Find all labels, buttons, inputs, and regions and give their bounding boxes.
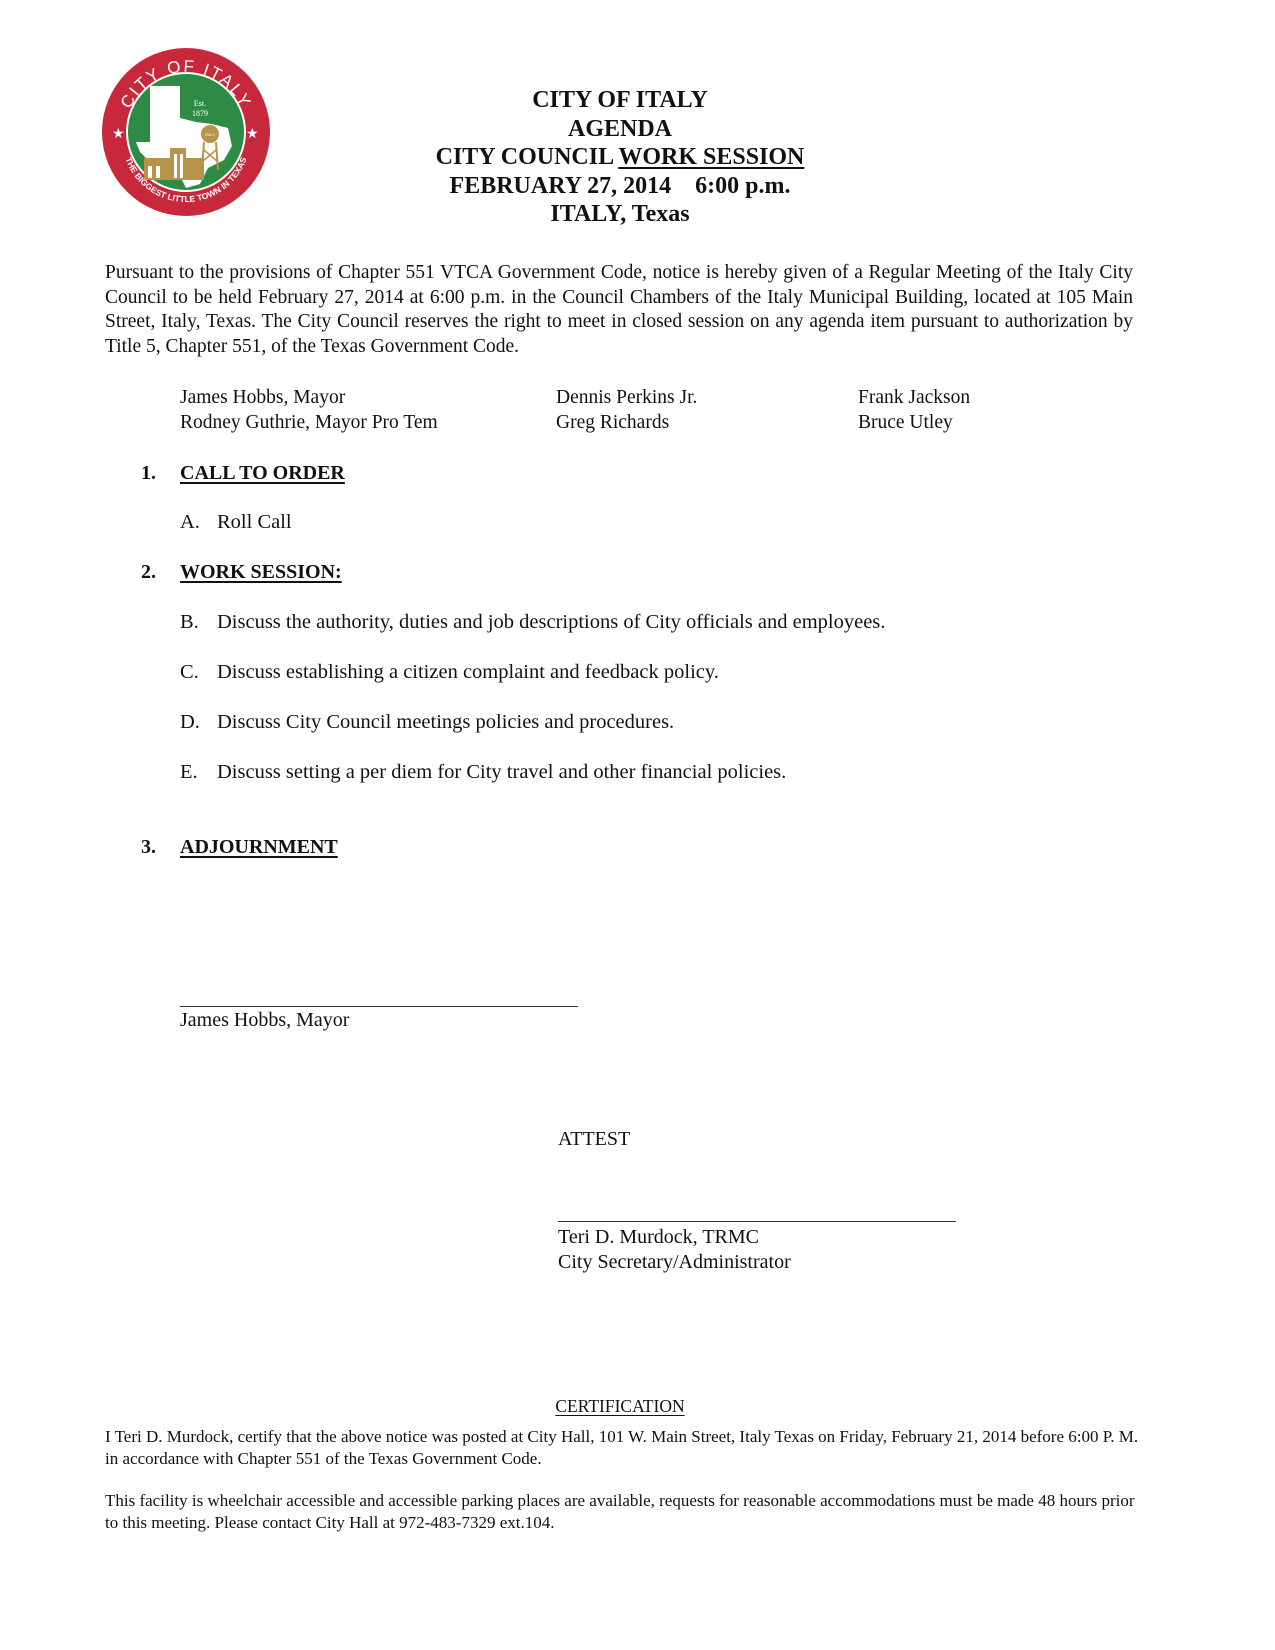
mayor-signature-name: James Hobbs, Mayor (180, 1008, 349, 1033)
council-member: Rodney Guthrie, Mayor Pro Tem (180, 411, 438, 436)
council-column-3: Frank Jackson Bruce Utley (858, 386, 970, 435)
header-location: ITALY, Texas (0, 200, 1240, 229)
council-member: Bruce Utley (858, 411, 970, 436)
secretary-signature-line (558, 1221, 956, 1222)
council-column-1: James Hobbs, Mayor Rodney Guthrie, Mayor… (180, 386, 438, 435)
mayor-signature-line (180, 1006, 578, 1007)
council-member: Dennis Perkins Jr. (556, 386, 697, 411)
council-member: James Hobbs, Mayor (180, 386, 438, 411)
council-column-2: Dennis Perkins Jr. Greg Richards (556, 386, 697, 435)
header-session: CITY COUNCIL WORK SESSION (0, 143, 1240, 172)
council-member: Greg Richards (556, 411, 697, 436)
certification-statement: I Teri D. Murdock, certify that the abov… (105, 1426, 1145, 1470)
accessibility-notice: This facility is wheelchair accessible a… (105, 1490, 1145, 1534)
certification-title: CERTIFICATION (0, 1396, 1240, 1417)
header-date-time: FEBRUARY 27, 2014 6:00 p.m. (0, 172, 1240, 201)
secretary-title: City Secretary/Administrator (558, 1250, 791, 1275)
notice-paragraph: Pursuant to the provisions of Chapter 55… (105, 261, 1133, 359)
header-agenda: AGENDA (0, 115, 1240, 144)
header-work-session: WORK SESSION (618, 144, 804, 170)
secretary-name: Teri D. Murdock, TRMC (558, 1225, 759, 1250)
council-member: Frank Jackson (858, 386, 970, 411)
agenda-header: CITY OF ITALY AGENDA CITY COUNCIL WORK S… (0, 86, 1240, 229)
attest-label: ATTEST (558, 1127, 630, 1152)
header-city: CITY OF ITALY (0, 86, 1240, 115)
